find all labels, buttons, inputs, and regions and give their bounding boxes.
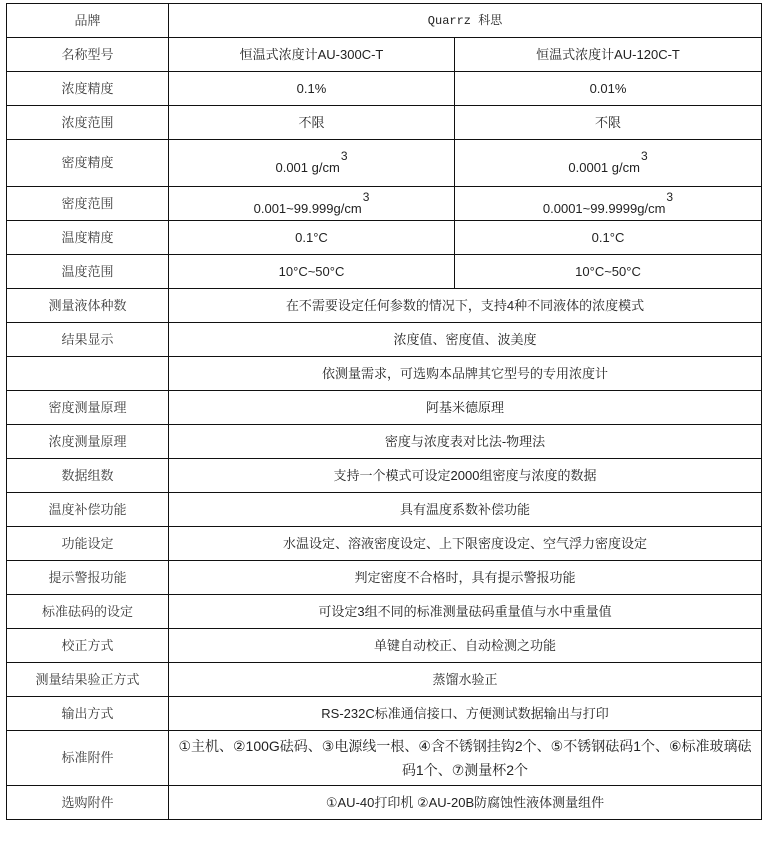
row-label: 温度补偿功能 (7, 493, 169, 527)
table-row: 密度测量原理 阿基米德原理 (7, 391, 762, 425)
cell-120c: 10°C~50°C (455, 255, 762, 289)
model-120c: 恒温式浓度计AU-120C-T (455, 38, 762, 72)
table-row: 输出方式 RS-232C标准通信接口、方便测试数据输出与打印 (7, 697, 762, 731)
table-row: 浓度测量原理 密度与浓度表对比法-物理法 (7, 425, 762, 459)
cell-120c: 不限 (455, 106, 762, 140)
cell-120c: 0.0001 g/cm3 (455, 140, 762, 187)
cell-300c: 0.001~99.999g/cm3 (169, 187, 455, 221)
row-label: 密度测量原理 (7, 391, 169, 425)
row-label: 浓度精度 (7, 72, 169, 106)
row-value: 密度与浓度表对比法-物理法 (169, 425, 762, 459)
superscript: 3 (666, 190, 673, 204)
row-value: 水温设定、溶液密度设定、上下限密度设定、空气浮力密度设定 (169, 527, 762, 561)
table-row-optional-accessories: 选购附件 ①AU-40打印机 ②AU-20B防腐蚀性液体测量组件 (7, 786, 762, 820)
cell-value: 0.001 g/cm (275, 160, 339, 175)
cell-value: 0.001~99.999g/cm (254, 201, 362, 216)
model-300c: 恒温式浓度计AU-300C-T (169, 38, 455, 72)
table-row: 密度范围 0.001~99.999g/cm3 0.0001~99.9999g/c… (7, 187, 762, 221)
row-value: 阿基米德原理 (169, 391, 762, 425)
table-row: 温度范围 10°C~50°C 10°C~50°C (7, 255, 762, 289)
row-label: 名称型号 (7, 38, 169, 72)
table-row: 功能设定 水温设定、溶液密度设定、上下限密度设定、空气浮力密度设定 (7, 527, 762, 561)
row-label: 功能设定 (7, 527, 169, 561)
cell-300c: 不限 (169, 106, 455, 140)
row-label: 选购附件 (7, 786, 169, 820)
row-label: 测量液体种数 (7, 289, 169, 323)
table-row: 温度补偿功能 具有温度系数补偿功能 (7, 493, 762, 527)
row-value: 可设定3组不同的标准测量砝码重量值与水中重量值 (169, 595, 762, 629)
spec-table: 品牌 Quarrz 科思 名称型号 恒温式浓度计AU-300C-T 恒温式浓度计… (6, 3, 762, 820)
row-label: 测量结果验正方式 (7, 663, 169, 697)
table-row: 结果显示 浓度值、密度值、波美度 (7, 323, 762, 357)
cell-120c: 0.1°C (455, 221, 762, 255)
row-label: 温度精度 (7, 221, 169, 255)
row-value: RS-232C标准通信接口、方便测试数据输出与打印 (169, 697, 762, 731)
superscript: 3 (363, 190, 370, 204)
table-row-standard-accessories: 标准附件 ①主机、②100G砝码、③电源线一根、④含不锈钢挂钩2个、⑤不锈钢砝码… (7, 731, 762, 786)
row-value: 依测量需求，可选购本品牌其它型号的专用浓度计 (169, 357, 762, 391)
table-row: 校正方式 单键自动校正、自动检测之功能 (7, 629, 762, 663)
row-label: 提示警报功能 (7, 561, 169, 595)
table-row: 密度精度 0.001 g/cm3 0.0001 g/cm3 (7, 140, 762, 187)
row-value: ①AU-40打印机 ②AU-20B防腐蚀性液体测量组件 (169, 786, 762, 820)
table-row: 浓度精度 0.1% 0.01% (7, 72, 762, 106)
cell-300c: 0.1% (169, 72, 455, 106)
brand-value: Quarrz 科思 (169, 4, 762, 38)
cell-value: 0.0001~99.9999g/cm (543, 201, 666, 216)
table-row: 测量结果验正方式 蒸馏水验正 (7, 663, 762, 697)
superscript: 3 (341, 149, 348, 163)
row-value: 判定密度不合格时，具有提示警报功能 (169, 561, 762, 595)
row-label: 标准砝码的设定 (7, 595, 169, 629)
row-label: 数据组数 (7, 459, 169, 493)
table-row: 依测量需求，可选购本品牌其它型号的专用浓度计 (7, 357, 762, 391)
row-label: 温度范围 (7, 255, 169, 289)
row-label: 浓度范围 (7, 106, 169, 140)
cell-300c: 0.001 g/cm3 (169, 140, 455, 187)
row-label (7, 357, 169, 391)
row-value: 具有温度系数补偿功能 (169, 493, 762, 527)
table-row-brand: 品牌 Quarrz 科思 (7, 4, 762, 38)
row-label: 标准附件 (7, 731, 169, 786)
table-row: 测量液体种数 在不需要设定任何参数的情况下，支持4种不同液体的浓度模式 (7, 289, 762, 323)
row-label: 密度范围 (7, 187, 169, 221)
superscript: 3 (641, 149, 648, 163)
row-label: 校正方式 (7, 629, 169, 663)
row-label: 结果显示 (7, 323, 169, 357)
row-value: 在不需要设定任何参数的情况下，支持4种不同液体的浓度模式 (169, 289, 762, 323)
row-value: 浓度值、密度值、波美度 (169, 323, 762, 357)
cell-value: 0.0001 g/cm (568, 160, 640, 175)
table-row: 数据组数 支持一个模式可设定2000组密度与浓度的数据 (7, 459, 762, 493)
row-label: 品牌 (7, 4, 169, 38)
row-label: 浓度测量原理 (7, 425, 169, 459)
row-label: 输出方式 (7, 697, 169, 731)
cell-300c: 10°C~50°C (169, 255, 455, 289)
row-value: ①主机、②100G砝码、③电源线一根、④含不锈钢挂钩2个、⑤不锈钢砝码1个、⑥标… (169, 731, 762, 786)
row-label: 密度精度 (7, 140, 169, 187)
table-row: 浓度范围 不限 不限 (7, 106, 762, 140)
table-row: 标准砝码的设定 可设定3组不同的标准测量砝码重量值与水中重量值 (7, 595, 762, 629)
table-row: 提示警报功能 判定密度不合格时，具有提示警报功能 (7, 561, 762, 595)
row-value: 支持一个模式可设定2000组密度与浓度的数据 (169, 459, 762, 493)
row-value: 蒸馏水验正 (169, 663, 762, 697)
cell-120c: 0.01% (455, 72, 762, 106)
table-row: 温度精度 0.1°C 0.1°C (7, 221, 762, 255)
row-value: 单键自动校正、自动检测之功能 (169, 629, 762, 663)
table-row-model: 名称型号 恒温式浓度计AU-300C-T 恒温式浓度计AU-120C-T (7, 38, 762, 72)
cell-300c: 0.1°C (169, 221, 455, 255)
cell-120c: 0.0001~99.9999g/cm3 (455, 187, 762, 221)
